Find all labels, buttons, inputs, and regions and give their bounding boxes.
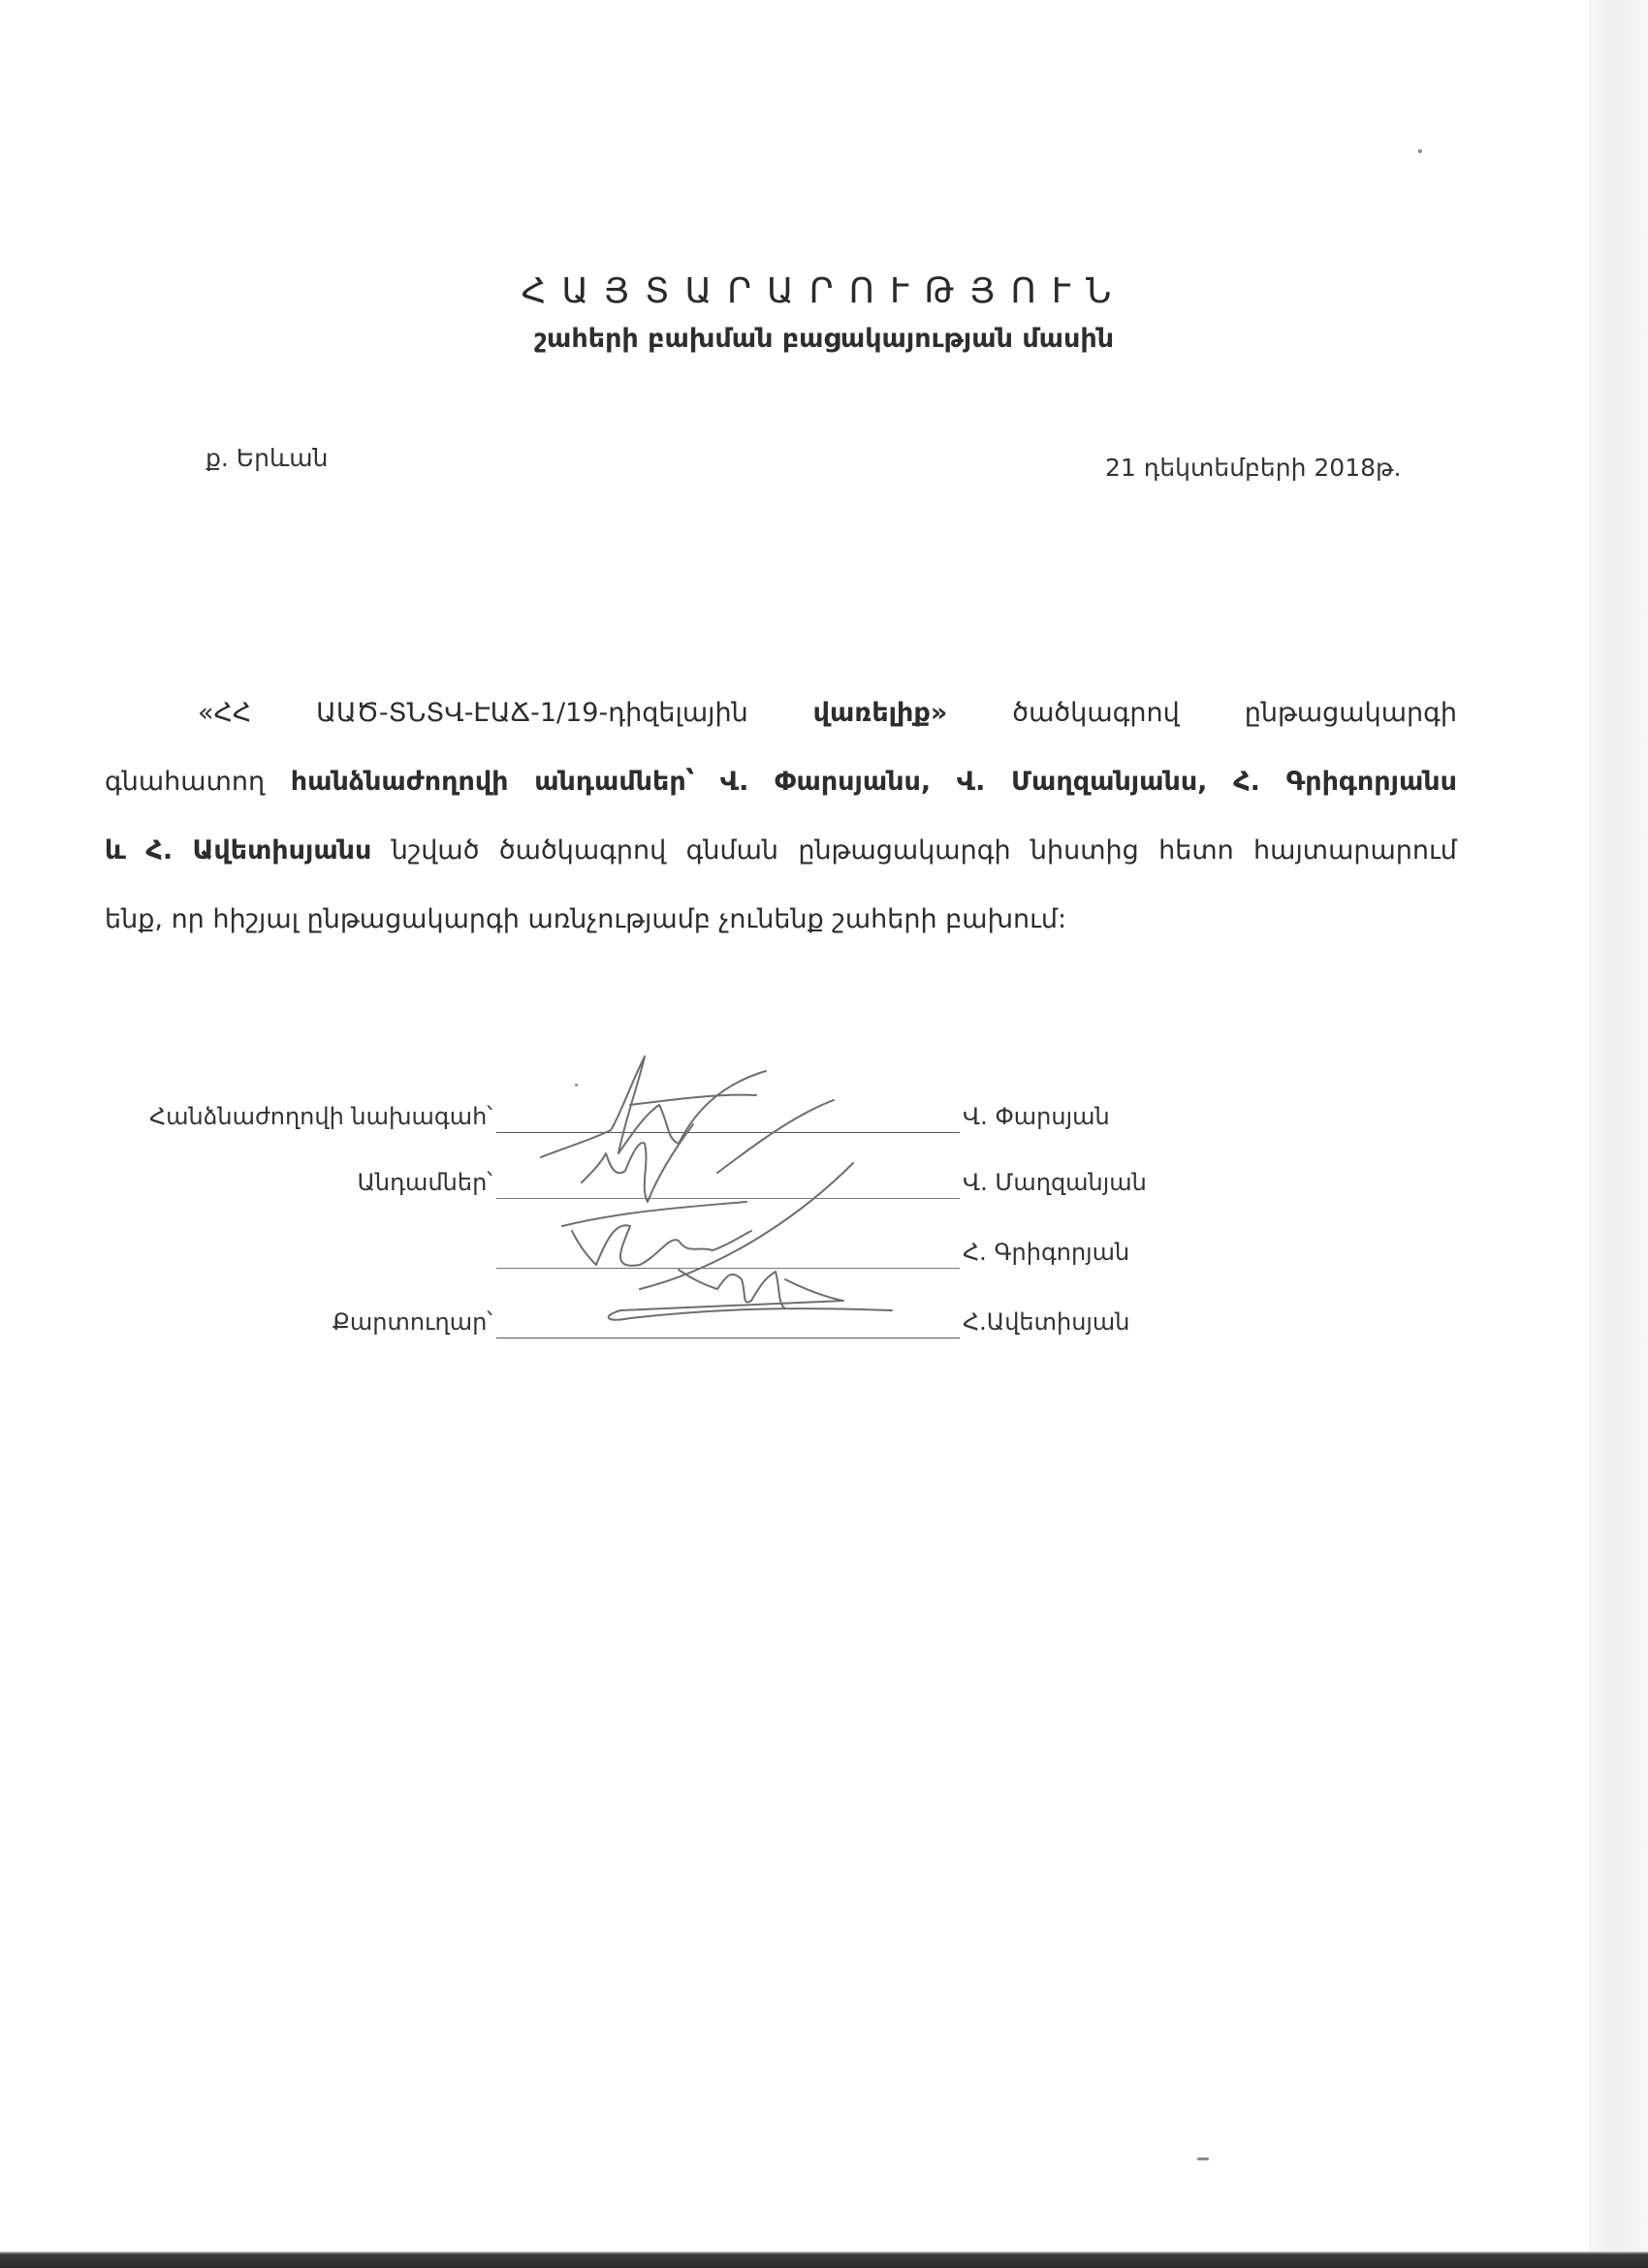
- body-word: Հ.: [1233, 747, 1260, 816]
- body-word: ընթացակարգի: [798, 816, 1010, 885]
- body-word: ենք, որ հիշյալ ընթացակարգի առնչությամբ չ…: [105, 885, 1066, 954]
- body-word: և: [105, 816, 126, 885]
- body-word: ծածկագրով: [499, 816, 666, 885]
- signature-row-member-1: Անդամներ՝ Վ. Մաղզանյան: [0, 1169, 1648, 1208]
- body-word: անդամներ՝: [534, 747, 694, 816]
- body-word: Գրիգորյանս: [1286, 747, 1457, 816]
- body-line-3: ևՀ.Ավետիսյանսնշվածծածկագրովգնմանընթացակա…: [105, 816, 1457, 885]
- scanned-document-page: ՀԱՅՏԱՐԱՐՈՒԹՅՈՒՆ շահերի բախման բացակայութ…: [0, 0, 1648, 2268]
- signature-label: Անդամներ՝: [358, 1169, 492, 1196]
- scan-speck: [575, 1084, 578, 1087]
- signature-row-chairman: Հանձնաժողովի նախագահ՝ Վ. Փարսյան: [0, 1103, 1648, 1142]
- scan-speck: [1197, 2158, 1209, 2160]
- body-word: Հ.: [145, 816, 173, 885]
- body-word: նիստից: [1030, 816, 1139, 885]
- body-word: գնահատող: [105, 747, 265, 816]
- body-word: ծածկագրով: [1012, 678, 1179, 747]
- body-word: ԱԱԾ-ՏՆՏՎ-ԷԱՃ-1/19-դիզելային: [316, 678, 748, 747]
- scan-speck: [1418, 149, 1422, 153]
- body-line-2: գնահատողհանձնաժողովիանդամներ՝Վ.Փարսյանս,…: [105, 747, 1457, 816]
- declaration-body: «ՀՀԱԱԾ-ՏՆՏՎ-ԷԱՃ-1/19-դիզելայինվառելիք»ծա…: [105, 678, 1457, 954]
- body-word: հանձնաժողովի: [291, 747, 509, 816]
- document-city: ք. Երևան: [206, 444, 328, 472]
- body-word: հայտարարում: [1253, 816, 1457, 885]
- signatory-name: Վ. Մաղզանյան: [963, 1169, 1147, 1196]
- signature-line: [496, 1268, 960, 1269]
- body-word: «ՀՀ: [198, 678, 251, 747]
- body-word: Վ.: [720, 747, 749, 816]
- signatory-name: Հ.Ավետիսյան: [963, 1308, 1130, 1336]
- body-word: հետո: [1158, 816, 1234, 885]
- signature-row-secretary: Քարտուղար՝ Հ.Ավետիսյան: [0, 1308, 1648, 1347]
- signature-line: [496, 1198, 960, 1199]
- signature-label: Քարտուղար՝: [333, 1308, 492, 1336]
- signature-line: [496, 1132, 960, 1133]
- scan-edge-shadow-bottom: [0, 2252, 1648, 2268]
- document-subtitle: շահերի բախման բացակայության մասին: [0, 324, 1648, 354]
- signature-label: Հանձնաժողովի նախագահ՝: [149, 1103, 492, 1130]
- document-title: ՀԱՅՏԱՐԱՐՈՒԹՅՈՒՆ: [0, 271, 1648, 311]
- body-word: ընթացակարգի: [1245, 678, 1457, 747]
- signatory-name: Վ. Փարսյան: [963, 1103, 1110, 1130]
- body-word: Փարսյանս,: [775, 747, 931, 816]
- signature-line: [496, 1338, 960, 1339]
- body-word: նշված: [392, 816, 480, 885]
- body-word: գնման: [686, 816, 778, 885]
- body-line-1: «ՀՀԱԱԾ-ՏՆՏՎ-ԷԱՃ-1/19-դիզելայինվառելիք»ծա…: [105, 678, 1457, 747]
- body-word: վառելիք»: [813, 678, 948, 747]
- body-line-4: ենք, որ հիշյալ ընթացակարգի առնչությամբ չ…: [105, 885, 1457, 954]
- body-word: Վ.: [957, 747, 986, 816]
- signature-row-member-2: Հ. Գրիգորյան: [0, 1239, 1648, 1277]
- document-date: 21 դեկտեմբերի 2018թ.: [1105, 454, 1401, 482]
- signatory-name: Հ. Գրիգորյան: [963, 1239, 1129, 1266]
- body-word: Ավետիսյանս: [192, 816, 371, 885]
- body-word: Մաղզանյանս,: [1011, 747, 1207, 816]
